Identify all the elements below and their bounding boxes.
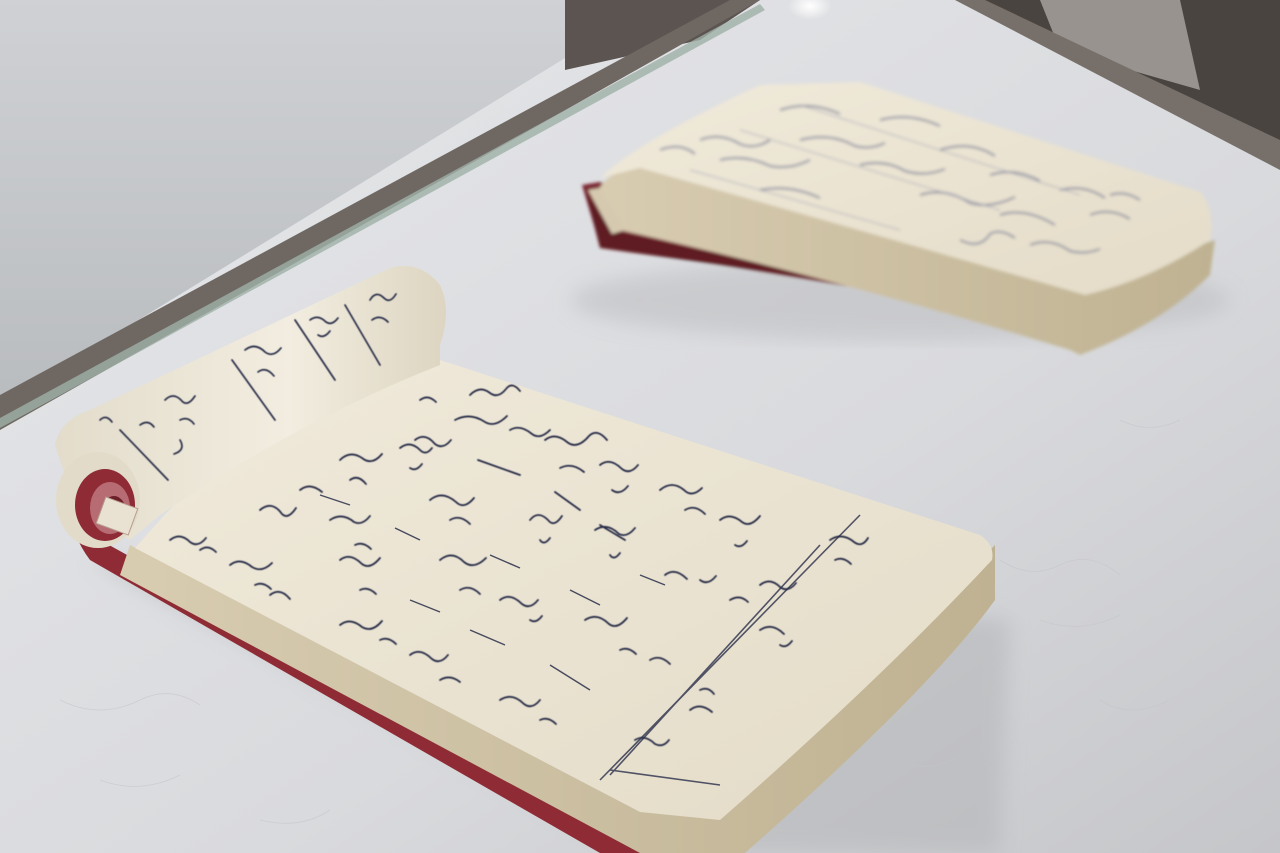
photo-canvas xyxy=(0,0,1280,853)
museum-display-photo: Two old handwritten notebooks displayed … xyxy=(0,0,1280,853)
